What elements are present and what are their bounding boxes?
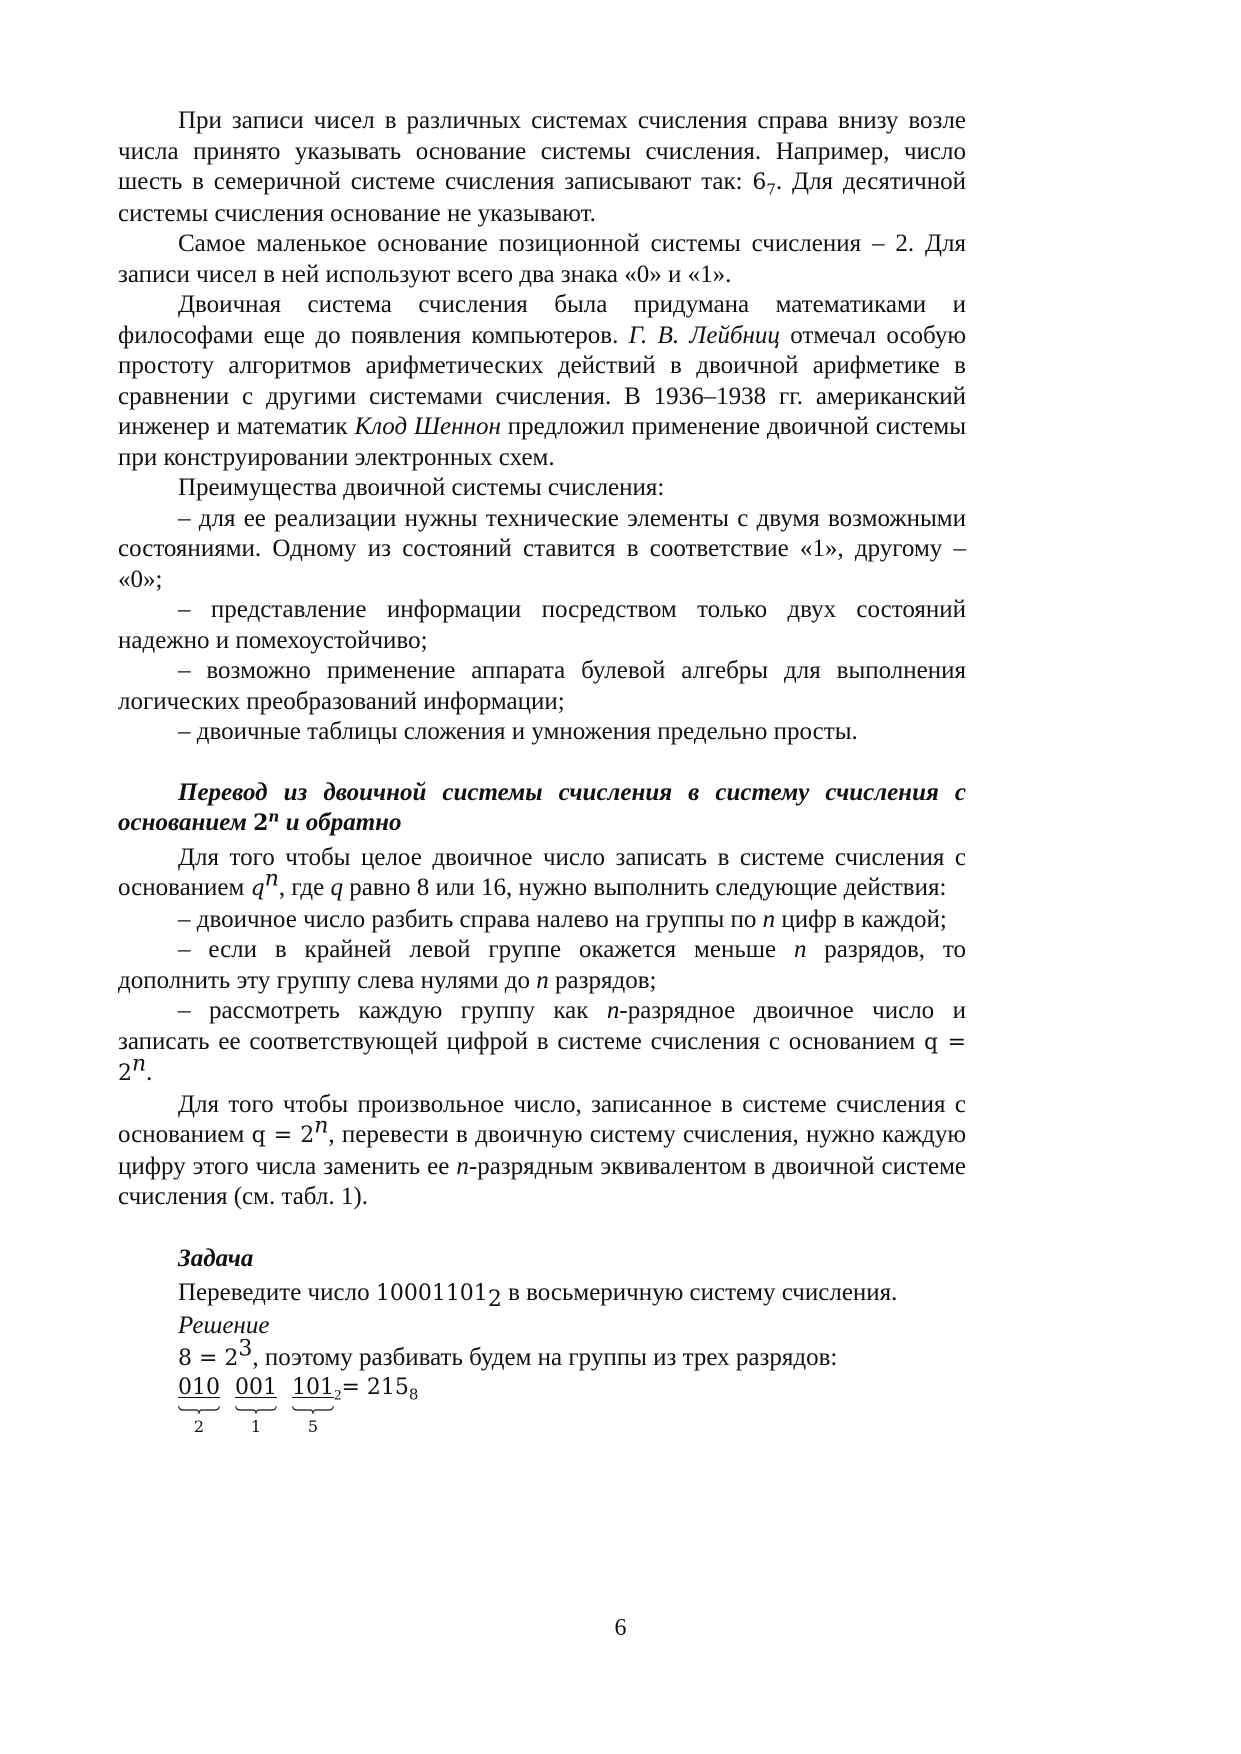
underbrace-icon xyxy=(235,1405,277,1415)
paragraph-method-intro: Для того чтобы целое двоичное число запи… xyxy=(118,843,966,905)
step-item: – рассмотреть каждую группу как n-разряд… xyxy=(118,996,966,1090)
paragraph-notation: При записи чисел в различных системах сч… xyxy=(118,106,966,229)
paragraph-min-base: Самое маленькое основание позиционной си… xyxy=(118,229,966,290)
binary-grouping: 010 2 001 1 101 52= 2158 xyxy=(178,1375,966,1445)
person-name: Г. В. Лейбниц xyxy=(629,322,780,349)
bit-group: 101 5 xyxy=(292,1375,334,1400)
paragraph-history: Двоичная система счисления была придуман… xyxy=(118,290,966,473)
page-body: При записи чисел в различных системах сч… xyxy=(118,106,966,1445)
person-name: Клод Шеннон xyxy=(354,413,500,440)
advantage-item: – возможно применение аппарата булевой а… xyxy=(118,656,966,717)
advantages-intro: Преимущества двоичной системы счисления: xyxy=(118,473,966,504)
task-title: Задача xyxy=(178,1243,966,1275)
result: = 215 xyxy=(342,1375,409,1400)
bit-group: 010 2 xyxy=(178,1375,220,1400)
page-number: 6 xyxy=(0,1615,1241,1642)
advantage-item: – двоичные таблицы сложения и умножения … xyxy=(118,717,966,748)
advantage-item: – для ее реализации нужны технические эл… xyxy=(118,504,966,596)
task-statement: Переведите число 100011012 в восьмеричну… xyxy=(178,1277,966,1310)
advantage-item: – представление информации посредством т… xyxy=(118,595,966,656)
step-item: – двоичное число разбить справа налево н… xyxy=(118,905,966,936)
solution-label: Решение xyxy=(178,1310,966,1342)
step-item: – если в крайней левой группе окажется м… xyxy=(118,935,966,996)
section-heading: Перевод из двоичной системы счисления в … xyxy=(118,778,966,839)
example-number: 67 xyxy=(752,170,776,195)
underbrace-icon xyxy=(178,1405,220,1415)
solution-text: 8 = 23, поэтому разбивать будем на групп… xyxy=(178,1342,966,1375)
underbrace-icon xyxy=(292,1405,334,1415)
paragraph-reverse: Для того чтобы произвольное число, запис… xyxy=(118,1090,966,1213)
bit-group: 001 1 xyxy=(235,1375,277,1400)
